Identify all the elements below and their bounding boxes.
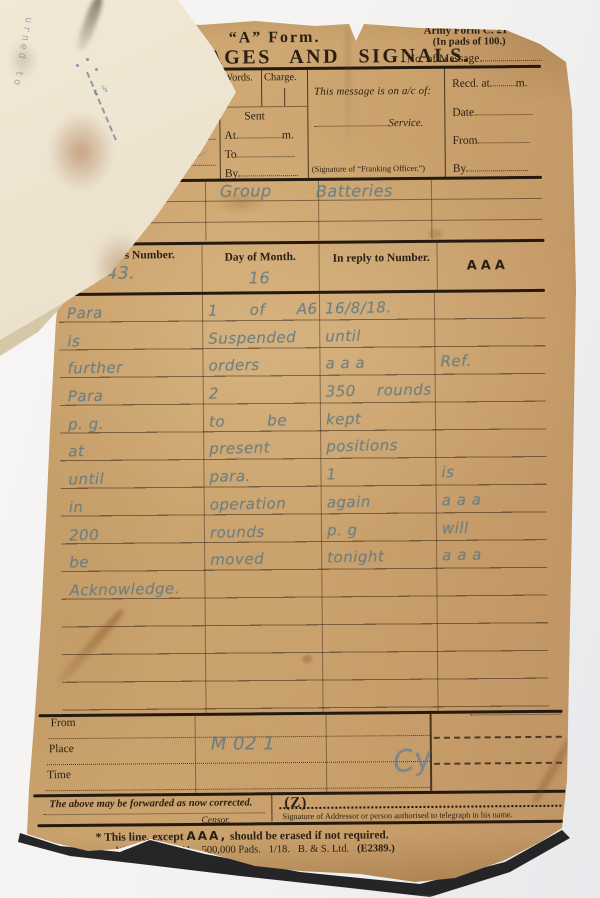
rule-vertical xyxy=(261,68,263,106)
erase-note-aaa: AAA, xyxy=(186,829,227,843)
sent-label: Sent xyxy=(244,110,265,122)
message-word: is xyxy=(435,456,546,486)
typed-text-fragment: urned to xyxy=(11,16,34,89)
z-mark: (Z) xyxy=(284,795,307,812)
rule-vertical xyxy=(271,793,273,821)
message-word: further xyxy=(61,352,203,383)
service-line: Service. xyxy=(314,117,423,130)
rule-vertical xyxy=(201,243,202,293)
message-word: 350 rounds xyxy=(319,375,435,405)
aaa-mark: AAA xyxy=(467,258,509,273)
erase-note-pre: * This line, except xyxy=(96,831,187,844)
message-word: at xyxy=(62,435,204,466)
message-word xyxy=(204,572,322,602)
erase-note-post: should be erased if not required. xyxy=(227,829,389,842)
stamp-dot xyxy=(76,64,79,67)
dotted-leader xyxy=(236,129,282,139)
message-word: a a a xyxy=(319,347,435,377)
message-word: positions xyxy=(320,430,436,460)
army-form-number: Army Form C. 21 xyxy=(424,24,508,37)
by-line: By xyxy=(453,162,529,175)
dashed-rule xyxy=(434,762,562,765)
dotted-rule xyxy=(43,812,265,815)
dotted-leader xyxy=(314,117,388,127)
rule-vertical xyxy=(205,181,207,241)
date-line: Date xyxy=(452,106,532,119)
account-title: This message is on a/c of: xyxy=(314,85,431,98)
dotted-leader xyxy=(474,106,532,116)
dotted-leader xyxy=(466,162,528,172)
message-word xyxy=(436,567,547,597)
rule-vertical xyxy=(318,242,319,292)
message-word: a a a xyxy=(435,484,546,514)
message-word: operation xyxy=(203,489,321,519)
recd-at-label: Recd. at xyxy=(452,78,490,90)
place-value-handwriting: M 02 1 xyxy=(211,733,276,755)
pads-note: (In pads of 100.) xyxy=(433,36,506,48)
message-word: will xyxy=(436,512,547,542)
recd-m-label: m. xyxy=(516,77,528,89)
sent-to-line: To xyxy=(225,148,295,161)
stamp-dot xyxy=(86,58,89,61)
message-word: moved xyxy=(204,544,322,574)
at-m-label: m. xyxy=(282,129,294,141)
imprint-code: (E2389.) xyxy=(357,843,395,854)
recd-line: Recd. atm. xyxy=(452,77,528,90)
footer-from-label: From xyxy=(51,717,76,729)
dotted-leader xyxy=(237,148,295,158)
day-of-month-value: 16 xyxy=(249,268,271,287)
no-of-message: No. of Message xyxy=(407,52,542,65)
message-word: is xyxy=(61,325,203,356)
at-label: At xyxy=(224,130,236,142)
bold-dotted-rule xyxy=(279,805,561,809)
message-word: to be xyxy=(203,406,321,436)
message-word xyxy=(435,428,546,458)
rule-vertical xyxy=(436,241,437,291)
paper-curl-shadow xyxy=(74,0,105,52)
forwarded-note: The above may be forwarded as now correc… xyxy=(49,797,252,810)
message-word: 200 xyxy=(63,519,205,550)
rule-vertical xyxy=(444,67,446,178)
sent-at-line: Atm. xyxy=(224,129,293,142)
address-handwriting: Group xyxy=(220,181,272,200)
charge-label: Charge. xyxy=(264,72,297,83)
stamp-dashed-line xyxy=(86,72,117,141)
from-line: From xyxy=(453,134,530,147)
dotted-leader xyxy=(479,52,541,62)
dotted-rule xyxy=(47,761,430,765)
message-word xyxy=(321,569,437,599)
day-of-month-label: Day of Month. xyxy=(225,251,296,264)
message-word: until xyxy=(319,320,435,350)
address-handwriting: Batteries xyxy=(316,181,393,201)
service-label: Service. xyxy=(388,117,423,129)
message-word: 1 of A6 xyxy=(202,295,320,325)
message-word: p. g. xyxy=(62,408,204,439)
message-word: p. g xyxy=(321,514,437,544)
message-word: 16/8/18. xyxy=(319,292,435,322)
message-word: orders xyxy=(202,350,320,380)
in-reply-label: In reply to Number. xyxy=(333,252,430,265)
date-label: Date xyxy=(452,107,474,119)
message-word: Suspended xyxy=(202,323,320,353)
message-word: Para xyxy=(62,380,204,411)
message-word xyxy=(435,401,546,431)
no-of-message-label: No. of Message xyxy=(407,53,480,66)
rule-heavy xyxy=(76,239,544,246)
message-word: Acknowledge. xyxy=(63,574,205,605)
crease-mark xyxy=(530,737,574,806)
dotted-leader xyxy=(238,167,298,177)
message-word: 1 xyxy=(320,458,436,488)
rule-vertical xyxy=(431,179,433,239)
message-word xyxy=(434,318,545,348)
from-label: From xyxy=(453,135,478,147)
message-word xyxy=(434,290,545,320)
erase-note: * This line, except AAA, should be erase… xyxy=(96,827,389,844)
message-word: rounds xyxy=(204,517,322,547)
form-title: “A” Form. xyxy=(229,29,321,48)
message-word: present xyxy=(203,433,321,463)
message-word xyxy=(434,373,545,403)
message-word: kept xyxy=(320,403,436,433)
stamp-dot xyxy=(95,68,98,71)
dotted-rule xyxy=(471,714,561,716)
dotted-leader xyxy=(490,77,516,86)
message-word: be xyxy=(63,546,205,577)
rule-vertical xyxy=(195,713,197,793)
stamp-text: c ¼ xyxy=(92,84,109,97)
message-word: until xyxy=(62,463,204,494)
dashed-rule xyxy=(434,736,562,739)
rule-vertical xyxy=(307,68,309,179)
rule-vertical xyxy=(326,712,328,792)
rule-vertical xyxy=(284,88,285,106)
stain xyxy=(48,112,114,192)
franking-caption: (Signature of “Franking Officer.”) xyxy=(312,164,425,174)
photo-of-army-signal-form: “A” Form. MESSAGES AND SIGNALS. Army For… xyxy=(0,0,600,898)
handwritten-initials: Cy xyxy=(391,740,435,780)
dotted-leader xyxy=(477,134,529,144)
message-word: Para xyxy=(61,297,203,328)
to-label: To xyxy=(225,149,237,161)
footer-place-label: Place xyxy=(49,743,74,755)
footer-time-label: Time xyxy=(47,769,71,781)
message-word: 2 xyxy=(203,378,321,408)
message-word: again xyxy=(320,486,436,516)
by2-label: By xyxy=(453,163,467,175)
message-word: in xyxy=(63,491,205,522)
message-word: tonight xyxy=(321,541,437,571)
message-word: para. xyxy=(203,461,321,491)
rule-thin xyxy=(219,106,307,108)
message-word: Ref. xyxy=(434,345,545,375)
message-word: a a a xyxy=(436,539,547,569)
